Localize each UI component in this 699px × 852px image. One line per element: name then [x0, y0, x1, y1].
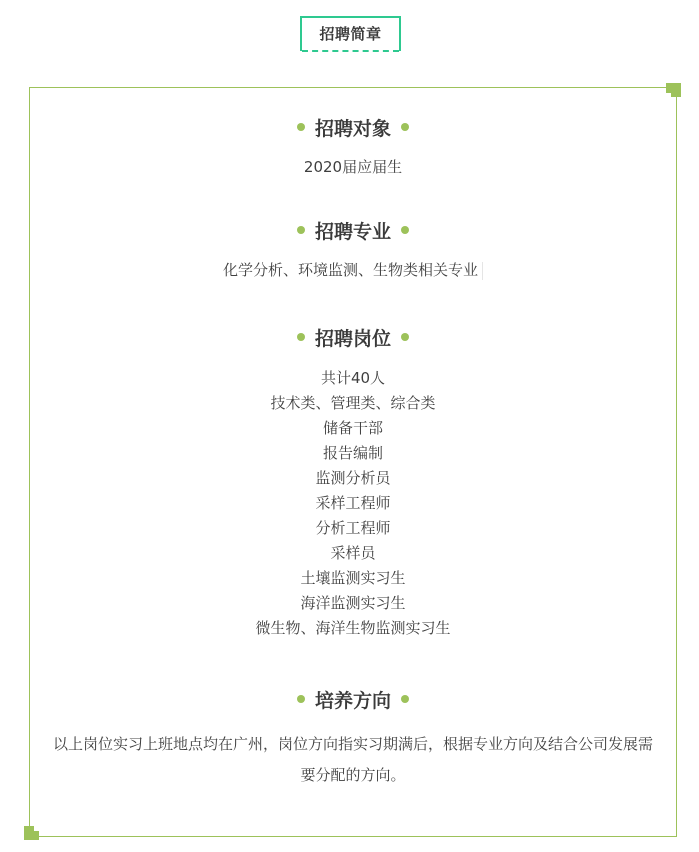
bullet-dot-icon [297, 695, 305, 703]
bullet-dot-icon [297, 123, 305, 131]
section-heading: 招聘岗位 [29, 323, 677, 351]
text-caret [482, 262, 483, 280]
heading-text: 招聘对象 [315, 114, 391, 141]
list-item: 采样工程师 [29, 491, 677, 516]
section-heading: 招聘对象 [29, 113, 677, 141]
list-item: 共计40人 [29, 366, 677, 391]
position-list: 共计40人 技术类、管理类、综合类 储备干部 报告编制 监测分析员 采样工程师 … [29, 366, 677, 641]
heading-text: 培养方向 [315, 686, 391, 713]
list-item: 微生物、海洋生物监测实习生 [29, 616, 677, 641]
section-positions: 招聘岗位 共计40人 技术类、管理类、综合类 储备干部 报告编制 监测分析员 采… [29, 323, 677, 641]
section-heading: 招聘专业 [29, 216, 677, 244]
training-paragraph: 以上岗位实习上班地点均在广州，岗位方向指实习期满后，根据专业方向及结合公司发展需… [29, 729, 677, 791]
bullet-dot-icon [401, 695, 409, 703]
page-title: 招聘简章 [319, 25, 381, 43]
bullet-dot-icon [297, 226, 305, 234]
list-item: 分析工程师 [29, 516, 677, 541]
section-major: 招聘专业 化学分析、环境监测、生物类相关专业 [29, 216, 677, 283]
list-item: 监测分析员 [29, 466, 677, 491]
bullet-dot-icon [401, 123, 409, 131]
bullet-dot-icon [297, 333, 305, 341]
text-line: 2020届应届生 [29, 155, 677, 180]
list-item: 土壤监测实习生 [29, 566, 677, 591]
bullet-dot-icon [401, 226, 409, 234]
corner-square-icon [666, 83, 681, 97]
text-line: 化学分析、环境监测、生物类相关专业 [29, 258, 677, 283]
corner-square-icon [24, 826, 39, 840]
section-training: 培养方向 以上岗位实习上班地点均在广州，岗位方向指实习期满后，根据专业方向及结合… [29, 685, 677, 791]
dashed-underline [302, 50, 399, 52]
section-target: 招聘对象 2020届应届生 [29, 113, 677, 180]
heading-text: 招聘专业 [315, 217, 391, 244]
bullet-dot-icon [401, 333, 409, 341]
list-item: 储备干部 [29, 416, 677, 441]
list-item: 报告编制 [29, 441, 677, 466]
list-item: 采样员 [29, 541, 677, 566]
major-text: 化学分析、环境监测、生物类相关专业 [223, 261, 478, 279]
section-heading: 培养方向 [29, 685, 677, 713]
title-box: 招聘简章 [300, 16, 401, 51]
heading-text: 招聘岗位 [315, 324, 391, 351]
list-item: 技术类、管理类、综合类 [29, 391, 677, 416]
list-item: 海洋监测实习生 [29, 591, 677, 616]
